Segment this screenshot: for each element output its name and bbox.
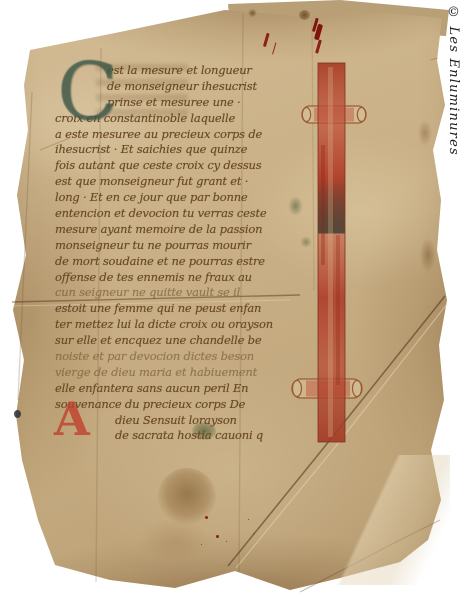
red-specks-bottom — [205, 516, 208, 519]
text-line: monseigneur tu ne pourras mourir — [55, 238, 303, 254]
text-line: mesure ayant memoire de la passion — [55, 222, 303, 238]
text-line: long · Et en ce jour que par bonne — [55, 190, 303, 206]
text-line: elle enfantera sans aucun peril En — [55, 381, 303, 397]
copyright-watermark: © Les Enluminures — [446, 5, 461, 165]
text-line: prinse et mesuree une · — [107, 95, 303, 111]
text-line: souvenance du precieux corps De — [55, 397, 303, 413]
brown-stain-soft — [138, 518, 212, 564]
text-line-faded: vierge de dieu maria et habiuement — [55, 365, 303, 381]
ink-dot — [14, 410, 21, 418]
edge-stain — [418, 120, 432, 146]
text-line-faded: noiste et par devocion dictes beson — [55, 349, 303, 365]
edge-stain — [420, 238, 436, 272]
text-line: sur elle et encquez une chandelle be — [55, 333, 303, 349]
text-line: est que monseigneur fut grant et · — [55, 174, 303, 190]
text-line-faded: cun seigneur ne quitte vault se il — [55, 285, 303, 301]
text-line: ter mettez lui la dicte croix ou orayson — [55, 317, 303, 333]
text-line: est la mesure et longueur — [107, 63, 303, 79]
text-line: ihesucrist · Et saichies que quinze — [55, 142, 303, 158]
text-line: fois autant que ceste croix cy dessus — [55, 158, 303, 174]
brown-spot — [299, 10, 310, 20]
text-line: de monseigneur ihesucrist — [107, 79, 303, 95]
brown-spot — [248, 9, 257, 17]
manuscript-photo: est la mesure et longueur de monseigneur… — [0, 0, 462, 600]
text-line: dieu Sensuit lorayson — [115, 413, 303, 429]
text-line: estoit une femme qui ne peust enfan — [55, 301, 303, 317]
rubricated-initial-bottom: A — [54, 396, 90, 442]
text-line: entencion et devocion tu verras ceste — [55, 206, 303, 222]
illuminated-initial-top: C — [57, 52, 118, 132]
text-line: de sacrata hostia cauoni q — [115, 428, 303, 444]
text-line: offense de tes ennemis ne fraux au — [55, 270, 303, 286]
text-line: de mort soudaine et ne pourras estre — [55, 254, 303, 270]
folded-corner-highlight — [300, 455, 450, 585]
